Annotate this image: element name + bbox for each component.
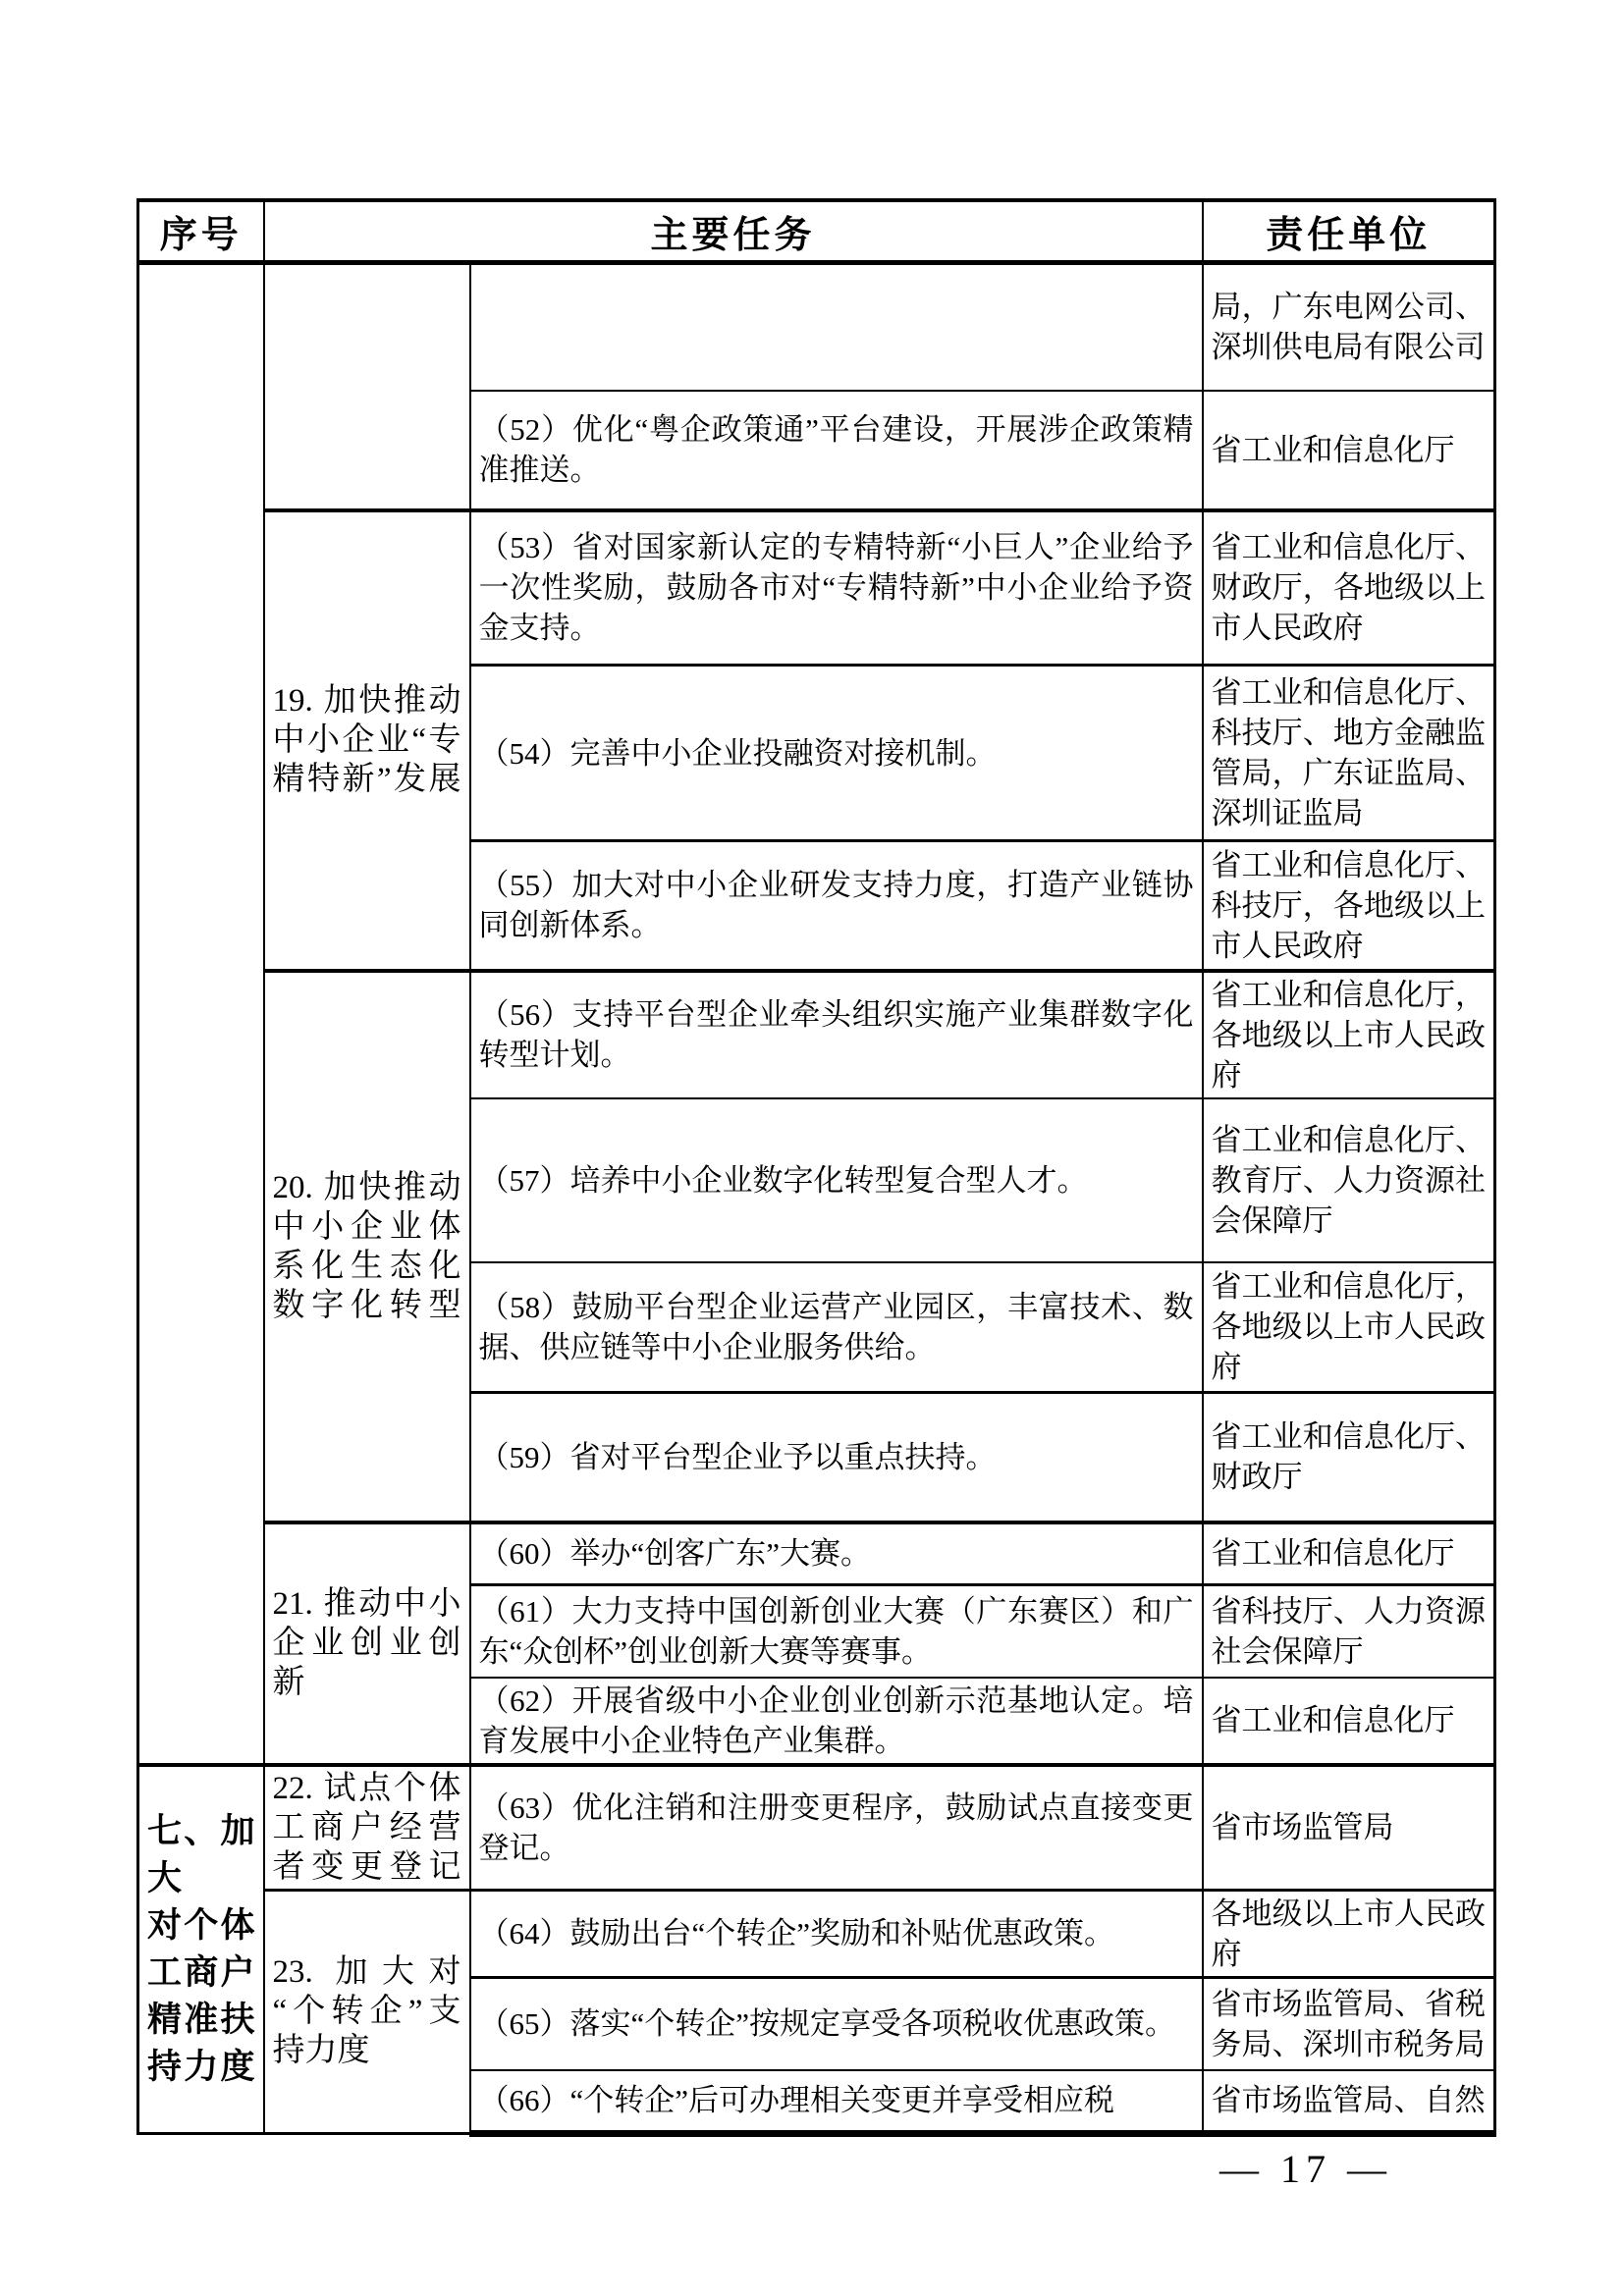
group-21-line: 企业创业创: [273, 1624, 461, 1663]
section-cell-7: 七、加大 对个体 工商户 精准扶 持力度: [138, 1765, 264, 2134]
unit-cell-52: 省工业和信息化厅: [1203, 391, 1495, 510]
section-cell-empty: [138, 263, 264, 1765]
group-21-line: 新: [273, 1663, 461, 1702]
task-cell-65: （65）落实“个转企”按规定享受各项税收优惠政策。: [470, 1977, 1203, 2070]
section-7-line: 工商户: [147, 1949, 255, 1997]
unit-cell-56: 省工业和信息化厅，各地级以上市人民政府: [1203, 971, 1495, 1098]
document-page: 序号 主要任务 责任单位 局，广东电网公司、深圳供电局有限公司 （52）优化“粤…: [0, 0, 1624, 2296]
group-19-line: 精特新”发展: [273, 760, 461, 799]
unit-cell-cont: 局，广东电网公司、深圳供电局有限公司: [1203, 263, 1495, 391]
table-row: 局，广东电网公司、深圳供电局有限公司: [138, 263, 1495, 391]
section-7-line: 七、加大: [147, 1808, 255, 1902]
group-cell-19: 19. 加快推动 中小企业“专 精特新”发展: [264, 510, 470, 971]
group-cell-22: 22. 试点个体 工商户经营 者变更登记: [264, 1765, 470, 1891]
group-21-line: 21. 推动中小: [273, 1584, 461, 1624]
table-row: 七、加大 对个体 工商户 精准扶 持力度 22. 试点个体 工商户经营 者变更登…: [138, 1765, 1495, 1891]
group-cell-20: 20. 加快推动 中小企业体 系化生态化 数字化转型: [264, 971, 470, 1522]
unit-cell-62: 省工业和信息化厅: [1203, 1678, 1495, 1765]
header-seq: 序号: [138, 200, 264, 263]
group-cell-23: 23. 加大对 “个转企”支 持力度: [264, 1890, 470, 2133]
table-row: 20. 加快推动 中小企业体 系化生态化 数字化转型 （56）支持平台型企业牵头…: [138, 971, 1495, 1098]
task-table: 序号 主要任务 责任单位 局，广东电网公司、深圳供电局有限公司 （52）优化“粤…: [136, 198, 1496, 2137]
group-20-line: 数字化转型: [273, 1286, 461, 1325]
group-23-line: 持力度: [273, 2031, 461, 2070]
task-cell-55: （55）加大对中小企业研发支持力度，打造产业链协同创新体系。: [470, 841, 1203, 971]
task-cell-64: （64）鼓励出台“个转企”奖励和补贴优惠政策。: [470, 1890, 1203, 1977]
task-cell-58: （58）鼓励平台型企业运营产业园区，丰富技术、数据、供应链等中小企业服务供给。: [470, 1262, 1203, 1393]
task-cell-54: （54）完善中小企业投融资对接机制。: [470, 666, 1203, 841]
unit-cell-63: 省市场监管局: [1203, 1765, 1495, 1891]
table-row: 19. 加快推动 中小企业“专 精特新”发展 （53）省对国家新认定的专精特新“…: [138, 510, 1495, 666]
section-7-line: 精准扶: [147, 1997, 255, 2044]
unit-cell-64: 各地级以上市人民政府: [1203, 1890, 1495, 1977]
group-22-line: 者变更登记: [273, 1847, 461, 1887]
group-20-line: 系化生态化: [273, 1247, 461, 1286]
header-unit: 责任单位: [1203, 200, 1495, 263]
section-7-line: 对个体: [147, 1902, 255, 1949]
table-row: 21. 推动中小 企业创业创 新 （60）举办“创客广东”大赛。 省工业和信息化…: [138, 1522, 1495, 1585]
unit-cell-54: 省工业和信息化厅、科技厅、地方金融监管局，广东证监局、深圳证监局: [1203, 666, 1495, 841]
section-7-line: 持力度: [147, 2044, 255, 2091]
task-cell-cont: [470, 263, 1203, 391]
unit-cell-58: 省工业和信息化厅，各地级以上市人民政府: [1203, 1262, 1495, 1393]
task-cell-61: （61）大力支持中国创新创业大赛（广东赛区）和广东“众创杯”创业创新大赛等赛事。: [470, 1585, 1203, 1678]
group-19-line: 19. 加快推动: [273, 681, 461, 721]
group-20-line: 20. 加快推动: [273, 1168, 461, 1207]
task-cell-56: （56）支持平台型企业牵头组织实施产业集群数字化转型计划。: [470, 971, 1203, 1098]
group-23-line: 23. 加大对: [273, 1952, 461, 1992]
table-row: 23. 加大对 “个转企”支 持力度 （64）鼓励出台“个转企”奖励和补贴优惠政…: [138, 1890, 1495, 1977]
task-cell-62: （62）开展省级中小企业创业创新示范基地认定。培育发展中小企业特色产业集群。: [470, 1678, 1203, 1765]
group-cell-21: 21. 推动中小 企业创业创 新: [264, 1522, 470, 1765]
header-task: 主要任务: [264, 200, 1203, 263]
task-cell-59: （59）省对平台型企业予以重点扶持。: [470, 1393, 1203, 1522]
task-cell-63: （63）优化注销和注册变更程序，鼓励试点直接变更登记。: [470, 1765, 1203, 1891]
task-cell-57: （57）培养中小企业数字化转型复合型人才。: [470, 1098, 1203, 1262]
group-23-line: “个转企”支: [273, 1992, 461, 2031]
unit-cell-57: 省工业和信息化厅、教育厅、人力资源社会保障厅: [1203, 1098, 1495, 1262]
unit-cell-66: 省市场监管局、自然: [1203, 2070, 1495, 2133]
table-header-row: 序号 主要任务 责任单位: [138, 200, 1495, 263]
group-19-line: 中小企业“专: [273, 721, 461, 760]
page-number: — 17 —: [1208, 2146, 1404, 2192]
unit-cell-60: 省工业和信息化厅: [1203, 1522, 1495, 1585]
group-20-line: 中小企业体: [273, 1207, 461, 1247]
unit-cell-53: 省工业和信息化厅、财政厅，各地级以上市人民政府: [1203, 510, 1495, 666]
unit-cell-59: 省工业和信息化厅、财政厅: [1203, 1393, 1495, 1522]
task-cell-53: （53）省对国家新认定的专精特新“小巨人”企业给予一次性奖励，鼓励各市对“专精特…: [470, 510, 1203, 666]
group-cell-18-empty: [264, 263, 470, 510]
unit-cell-65: 省市场监管局、省税务局、深圳市税务局: [1203, 1977, 1495, 2070]
group-22-line: 工商户经营: [273, 1808, 461, 1847]
task-cell-52: （52）优化“粤企政策通”平台建设，开展涉企政策精准推送。: [470, 391, 1203, 510]
task-cell-60: （60）举办“创客广东”大赛。: [470, 1522, 1203, 1585]
unit-cell-61: 省科技厅、人力资源社会保障厅: [1203, 1585, 1495, 1678]
group-22-line: 22. 试点个体: [273, 1769, 461, 1808]
unit-cell-55: 省工业和信息化厅、科技厅，各地级以上市人民政府: [1203, 841, 1495, 971]
task-cell-66: （66）“个转企”后可办理相关变更并享受相应税: [470, 2070, 1203, 2133]
